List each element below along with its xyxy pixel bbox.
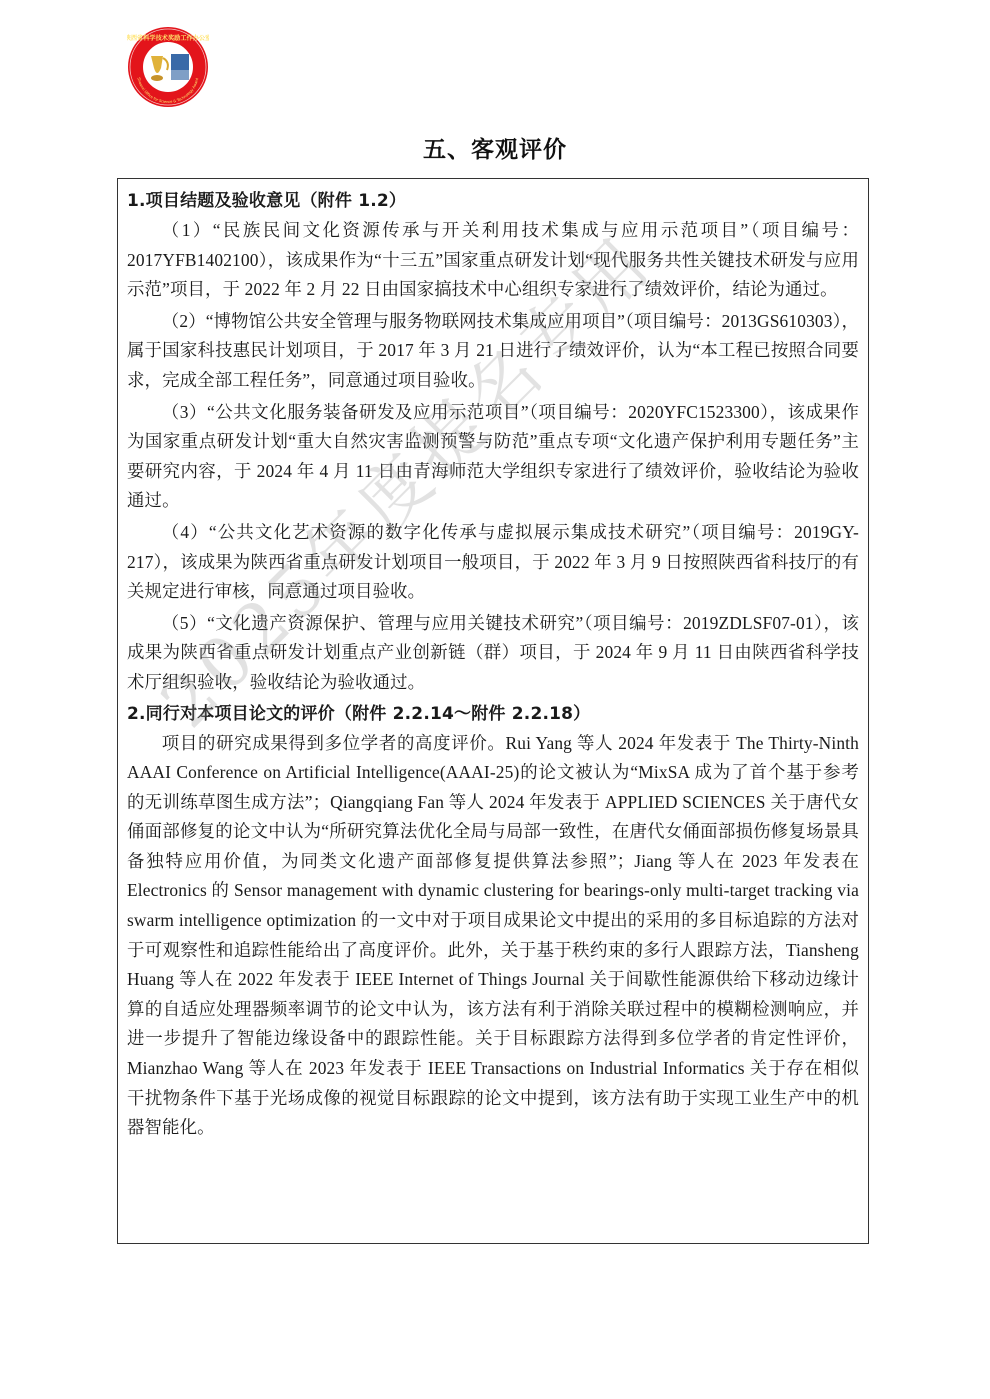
acceptance-item-1: （1）“民族民间文化资源传承与开关利用技术集成与应用示范项目”（项目编号：201… bbox=[127, 216, 859, 305]
section-heading-acceptance: 1.项目结题及验收意见（附件 1.2） bbox=[127, 187, 859, 216]
acceptance-item-3: （3）“公共文化服务装备研发及应用示范项目”（项目编号：2020YFC15233… bbox=[127, 398, 859, 516]
section-heading-peer-review: 2.同行对本项目论文的评价（附件 2.2.14～附件 2.2.18） bbox=[127, 700, 859, 729]
official-seal-icon: 陕西省科学技术奖励工作办公室 Shaanxi Office for Scienc… bbox=[127, 26, 209, 108]
svg-text:陕西省科学技术奖励工作办公室: 陕西省科学技术奖励工作办公室 bbox=[127, 34, 209, 42]
evaluation-box: 1.项目结题及验收意见（附件 1.2） （1）“民族民间文化资源传承与开关利用技… bbox=[117, 178, 869, 1244]
acceptance-item-5: （5）“文化遗产资源保护、管理与应用关键技术研究”（项目编号：2019ZDLSF… bbox=[127, 609, 859, 698]
peer-review-paragraph: 项目的研究成果得到多位学者的高度评价。Rui Yang 等人 2024 年发表于… bbox=[127, 729, 859, 1143]
page-title: 五、客观评价 bbox=[0, 131, 990, 164]
acceptance-item-4: （4）“公共文化艺术资源的数字化传承与虚拟展示集成技术研究”（项目编号：2019… bbox=[127, 518, 859, 607]
acceptance-item-2: （2）“博物馆公共安全管理与服务物联网技术集成应用项目”（项目编号：2013GS… bbox=[127, 307, 859, 396]
